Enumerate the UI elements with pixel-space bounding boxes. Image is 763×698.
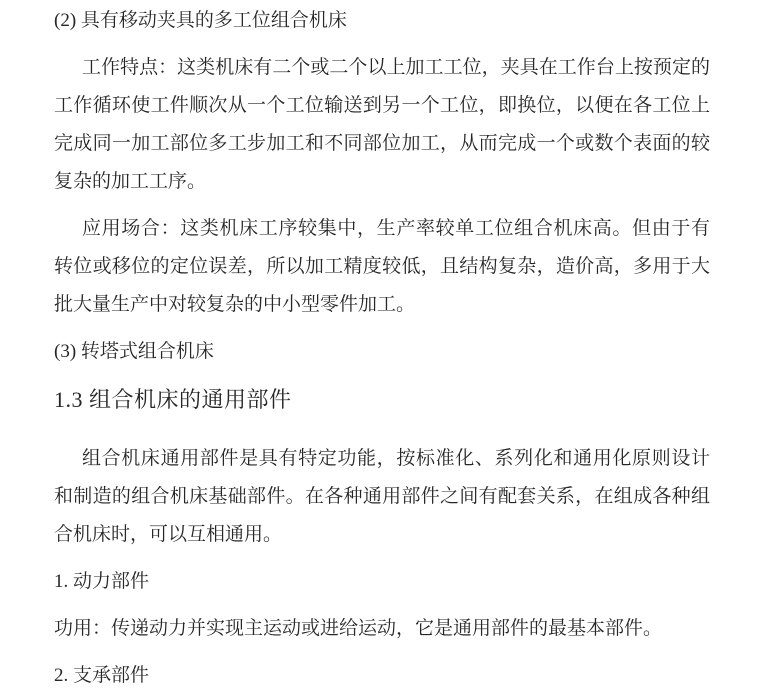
paragraph-work-features: 工作特点：这类机床有二个或二个以上加工工位，夹具在工作台上按预定的 工作循环使工…	[54, 49, 710, 201]
paragraph-line: 转位或移位的定位误差，所以加工精度较低，且结构复杂，造价高，多用于大	[54, 248, 710, 286]
paragraph-line: 和制造的组合机床基础部件。在各种通用部件之间有配套关系，在组成各种组	[54, 478, 710, 516]
numbered-item-support-component: 2. 支承部件	[54, 657, 710, 695]
line-power-function: 功用：传递动力并实现主运动或进给运动，它是通用部件的最基本部件。	[54, 610, 710, 648]
paragraph-line: 工作循环使工件顺次从一个工位输送到另一个工位，即换位，以便在各工位上	[54, 87, 710, 125]
paragraph-application: 应用场合：这类机床工序较集中，生产率较单工位组合机床高。但由于有 转位或移位的定…	[54, 210, 710, 324]
paragraph-line: 工作特点：这类机床有二个或二个以上加工工位，夹具在工作台上按预定的	[54, 49, 710, 87]
paragraph-line: 批大量生产中对较复杂的中小型零件加工。	[54, 286, 710, 324]
numbered-item-power-component: 1. 动力部件	[54, 563, 710, 601]
paragraph-line: 应用场合：这类机床工序较集中，生产率较单工位组合机床高。但由于有	[54, 210, 710, 248]
paragraph-general-components: 组合机床通用部件是具有特定功能，按标准化、系列化和通用化原则设计 和制造的组合机…	[54, 440, 710, 554]
paragraph-line: 合机床时，可以互相通用。	[54, 516, 710, 554]
paragraph-line: 完成同一加工部位多工步加工和不同部位加工，从而完成一个或数个表面的较	[54, 125, 710, 163]
numbered-item-3-turret: (3) 转塔式组合机床	[54, 333, 710, 371]
paragraph-line: 复杂的加工工序。	[54, 163, 710, 201]
numbered-item-2-multi-station: (2) 具有移动夹具的多工位组合机床	[54, 2, 710, 40]
section-heading-1-3: 1.3 组合机床的通用部件	[54, 380, 710, 420]
document-page: (2) 具有移动夹具的多工位组合机床 工作特点：这类机床有二个或二个以上加工工位…	[0, 0, 763, 698]
paragraph-line: 组合机床通用部件是具有特定功能，按标准化、系列化和通用化原则设计	[54, 440, 710, 478]
